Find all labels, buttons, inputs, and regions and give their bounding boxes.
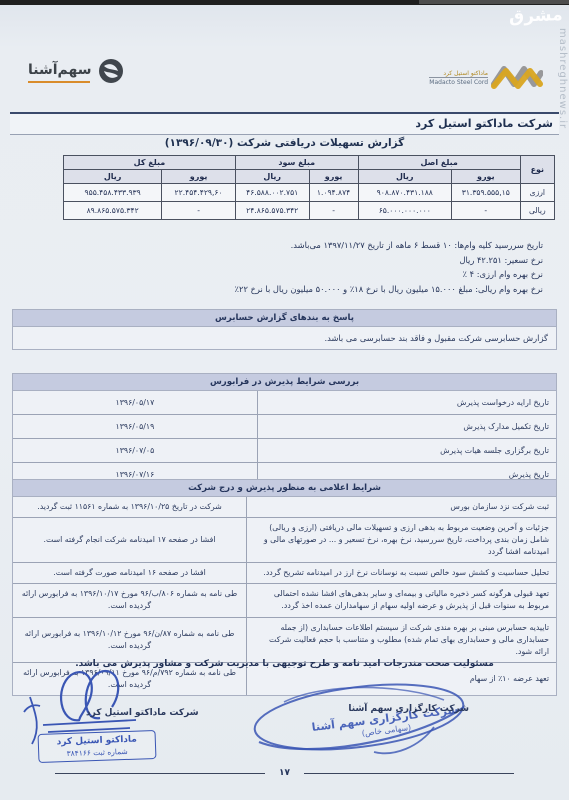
subcol-eur: یورو	[309, 170, 358, 184]
cell-principal-rial: ۹۰۸.۸۷۰.۴۳۱.۱۸۸	[358, 184, 451, 202]
auditor-section-title: پاسخ به بندهای گزارش حسابرس	[13, 310, 556, 327]
sahm-ashna-logo-text: سهم‌آشنا	[28, 63, 92, 82]
col-header-type: نوع	[520, 156, 554, 184]
loans-header-groups: نوع مبلغ اصل مبلغ سود مبلغ کل	[64, 156, 555, 170]
sahm-ashna-logo: سهم‌آشنا	[28, 58, 124, 88]
header-logo-row: ماداکتو استیل کرد Madacto Steel Cord سهم…	[0, 56, 569, 106]
sahm-ashna-globe-icon	[98, 58, 124, 88]
report-title: گزارش تسهیلات دریافتی شرکت (۱۳۹۶/۰۹/۳۰)	[0, 137, 569, 149]
col-header-interest: مبلغ سود	[235, 156, 358, 170]
condition-label: تعهد قبولی هرگونه کسر ذخیره مالیاتی و بی…	[247, 584, 557, 617]
note-exchange-rate: نرخ تسعیر: ۴۲.۲۵۱ ریال	[26, 255, 543, 265]
cell-total-eur: ۲۲.۴۵۴.۴۲۹,۶۰	[162, 184, 236, 202]
table-row: تاریخ ارایه درخواست پذیرش ۱۳۹۶/۰۵/۱۷	[13, 391, 556, 415]
condition-value: افشا در صفحه ۱۷ امیدنامه شرکت انجام گرفت…	[13, 518, 247, 563]
cell-total-rial: ۸۹.۸۶۵.۵۷۵.۳۴۲	[64, 202, 162, 220]
company-signature-label: شرکت ماداکتو استیل کرد	[86, 708, 199, 718]
loans-table: نوع مبلغ اصل مبلغ سود مبلغ کل یورو ریال …	[63, 155, 555, 220]
madacto-logo-en: Madacto Steel Cord	[429, 77, 488, 86]
cell-principal-rial: ۶۵.۰۰۰.۰۰۰.۰۰۰	[358, 202, 451, 220]
admission-section-title: بررسی شرایط پذیرش در فرابورس	[13, 374, 556, 391]
footer-rule-left	[55, 773, 265, 774]
note-maturity: تاریخ سررسید کلیه وام‌ها: ۱۰ قسط ۶ ماهه …	[26, 240, 543, 250]
table-row-currency: ارزی ۳۱.۳۵۹.۵۵۵,۱۵ ۹۰۸.۸۷۰.۴۳۱.۱۸۸ ۱.۰۹۴…	[64, 184, 555, 202]
cell-interest-eur: ۱.۰۹۴.۸۷۴	[309, 184, 358, 202]
conditions-section-title: شرایط اعلامی به منظور پذیرش و درج شرکت	[13, 480, 556, 497]
condition-label: ثبت شرکت نزد سازمان بورس	[247, 497, 557, 518]
col-header-total: مبلغ کل	[64, 156, 236, 170]
auditor-section-body: گزارش حسابرسی شرکت مقبول و فاقد بند حساب…	[13, 327, 556, 349]
admission-label: تاریخ تکمیل مدارک پذیرش	[257, 415, 556, 439]
condition-label: تحلیل حساسیت و کشش سود خالص نسبت به نوسا…	[247, 563, 557, 584]
madacto-logo-fa: ماداکتو استیل کرد	[429, 70, 488, 77]
company-registration-stamp: ماداکتو استیل کرد شماره ثبت ۳۸۴۱۶۶	[38, 730, 157, 763]
subcol-rial: ریال	[64, 170, 162, 184]
admission-label: تاریخ ارایه درخواست پذیرش	[257, 391, 556, 415]
cell-principal-eur: -	[451, 202, 520, 220]
scanned-document-page: مشرق mashreghnews.ir ماداکتو استیل کرد M…	[0, 0, 569, 800]
cell-total-rial: ۹۵۵.۴۵۸.۴۳۳.۹۳۹	[64, 184, 162, 202]
subcol-rial: ریال	[358, 170, 451, 184]
condition-value: طی نامه به شماره ۸۰۶/ب/۹۶ مورخ ۱۳۹۶/۱۰/۱…	[13, 584, 247, 617]
table-row: تاریخ تکمیل مدارک پذیرش ۱۳۹۶/۰۵/۱۹	[13, 415, 556, 439]
signature-area: شرکت کارگزاری سهم آشنا (سهامی خاص) شرکت …	[0, 672, 569, 772]
madacto-logo-text: ماداکتو استیل کرد Madacto Steel Cord	[429, 70, 488, 86]
condition-label: تاییدیه حسابرس مبنی بر بهره مندی شرکت از…	[247, 617, 557, 662]
table-row: جزئیات و آخرین وضعیت مربوط به بدهی ارزی …	[13, 518, 556, 563]
admission-value: ۱۳۹۶/۰۵/۱۹	[13, 415, 257, 439]
title-block: شرکت ماداکتو استیل کرد	[10, 112, 559, 135]
cell-type: ریالی	[520, 202, 554, 220]
admission-label: تاریخ برگزاری جلسه هیات پذیرش	[257, 439, 556, 463]
cell-interest-eur: -	[309, 202, 358, 220]
page-number: ۱۷	[279, 768, 290, 778]
table-row: تحلیل حساسیت و کشش سود خالص نسبت به نوسا…	[13, 563, 556, 584]
footer-rule-right	[304, 773, 514, 774]
table-row: تاییدیه حسابرس مبنی بر بهره مندی شرکت از…	[13, 617, 556, 662]
col-header-principal: مبلغ اصل	[358, 156, 520, 170]
table-row-rial: ریالی - ۶۵.۰۰۰.۰۰۰.۰۰۰ - ۲۴.۸۶۵.۵۷۵.۳۴۲ …	[64, 202, 555, 220]
company-title: شرکت ماداکتو استیل کرد	[10, 114, 559, 134]
condition-label: جزئیات و آخرین وضعیت مربوط به بدهی ارزی …	[247, 518, 557, 563]
table-row: ثبت شرکت نزد سازمان بورس شرکت در تاریخ ۱…	[13, 497, 556, 518]
page-footer: ۱۷	[55, 768, 514, 778]
company-stamp-reg-number: شماره ثبت ۳۸۴۱۶۶	[41, 746, 153, 759]
admission-value: ۱۳۹۶/۰۵/۱۷	[13, 391, 257, 415]
subcol-eur: یورو	[451, 170, 520, 184]
sahm-ashna-logo-fa: سهم‌آشنا	[28, 63, 92, 78]
condition-value: افشا در صفحه ۱۶ امیدنامه صورت گرفته است.	[13, 563, 247, 584]
loans-header-subunits: یورو ریال یورو ریال یورو ریال	[64, 170, 555, 184]
condition-value: طی نامه به شماره ۸۷/ن/۹۶ مورخ ۱۳۹۶/۱۰/۱۲…	[13, 617, 247, 662]
subcol-rial: ریال	[235, 170, 309, 184]
subcol-eur: یورو	[162, 170, 236, 184]
scan-edge-strip-right	[419, 0, 569, 4]
admission-value: ۱۳۹۶/۰۷/۰۵	[13, 439, 257, 463]
table-row: تعهد قبولی هرگونه کسر ذخیره مالیاتی و بی…	[13, 584, 556, 617]
madacto-logo: ماداکتو استیل کرد Madacto Steel Cord	[429, 62, 543, 94]
condition-value: شرکت در تاریخ ۱۳۹۶/۱۰/۲۵ به شماره ۱۱۵۶۱ …	[13, 497, 247, 518]
madacto-waves-icon	[491, 62, 543, 94]
loans-table-wrap: نوع مبلغ اصل مبلغ سود مبلغ کل یورو ریال …	[63, 155, 555, 220]
cell-type: ارزی	[520, 184, 554, 202]
table-row: تاریخ برگزاری جلسه هیات پذیرش ۱۳۹۶/۰۷/۰۵	[13, 439, 556, 463]
loan-notes: تاریخ سررسید کلیه وام‌ها: ۱۰ قسط ۶ ماهه …	[26, 240, 543, 298]
note-fx-loan-rate: نرخ بهره وام ارزی: ۴ ٪	[26, 269, 543, 279]
cell-total-eur: -	[162, 202, 236, 220]
brokerage-signature-label: شرکت کارگزاری سهم آشنا	[348, 704, 469, 714]
cell-interest-rial: ۴۶.۵۸۸.۰۰۲.۷۵۱	[235, 184, 309, 202]
auditor-response-section: پاسخ به بندهای گزارش حسابرس گزارش حسابرس…	[12, 309, 557, 350]
mashregh-watermark-logo: مشرق	[509, 7, 563, 26]
cell-interest-rial: ۲۴.۸۶۵.۵۷۵.۳۴۲	[235, 202, 309, 220]
note-rial-loan-rate: نرخ بهره وام ریالی: مبلغ ۱۵.۰۰۰ میلیون ر…	[26, 284, 543, 294]
sahm-ashna-tagline-bar	[28, 81, 90, 83]
cell-principal-eur: ۳۱.۳۵۹.۵۵۵,۱۵	[451, 184, 520, 202]
